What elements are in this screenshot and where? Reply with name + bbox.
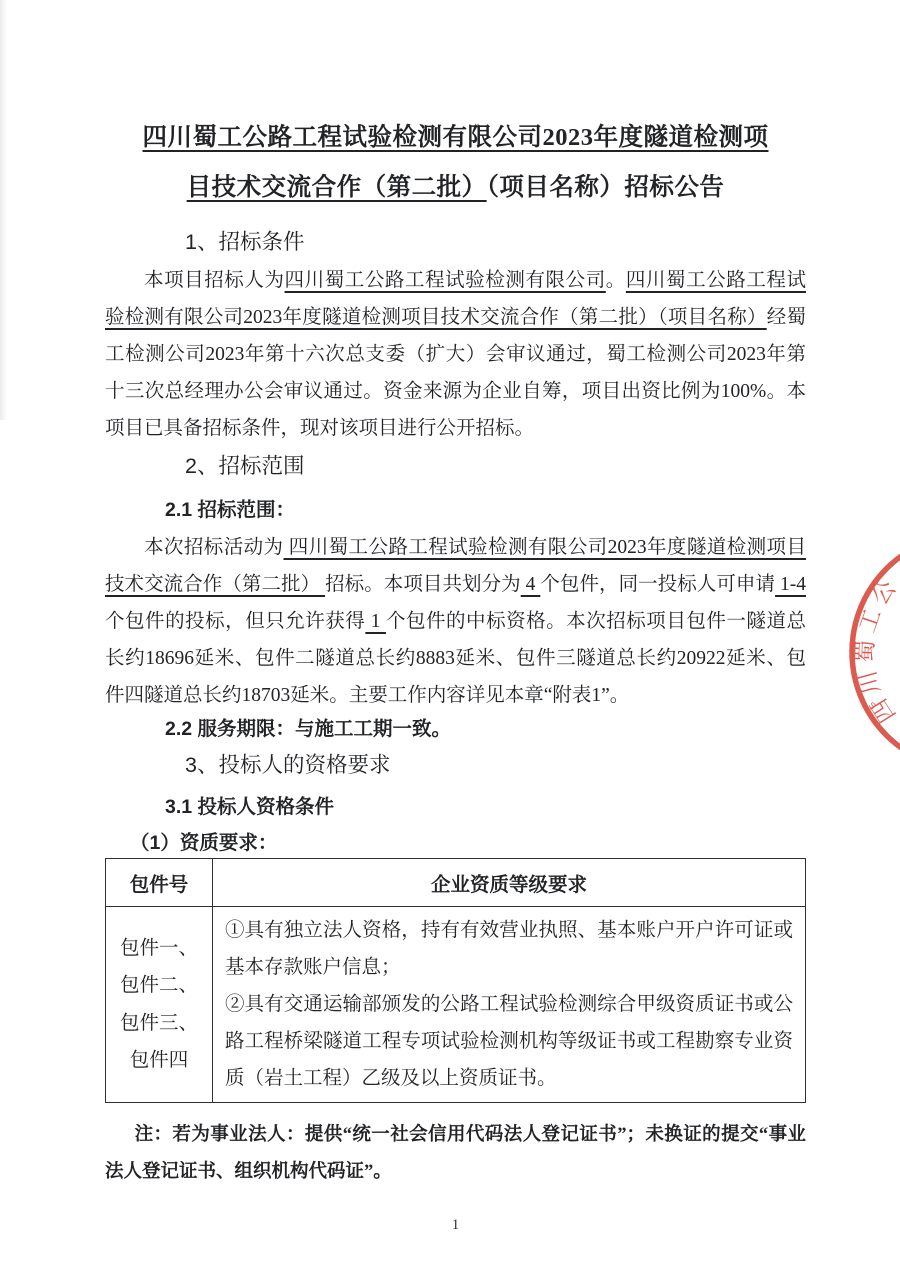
title-line2-rest: （项目名称）招标公告 <box>487 174 725 201</box>
page-number: 1 <box>105 1215 806 1235</box>
section-3-heading: 3、投标人的资格要求 <box>185 748 806 782</box>
requirement-item-1: ①具有独立法人资格，持有有效营业执照、基本账户开户许可证或基本存款账户信息； <box>225 912 793 986</box>
paragraph-bid-conditions: 本项目招标人为四川蜀工公路工程试验检测有限公司。四川蜀工公路工程试验检测有限公司… <box>105 262 806 447</box>
section-2-heading: 2、招标范围 <box>185 449 806 483</box>
seal-arc-text: 四川蜀工公 <box>852 571 900 728</box>
company-seal-stamp: 四川蜀工公 S <box>845 527 900 777</box>
document-page: 四川蜀工公路工程试验检测有限公司2023年度隧道检测项 目技术交流合作（第二批）… <box>0 0 900 1273</box>
section-3-1-heading: 3.1 投标人资格条件 <box>165 792 806 822</box>
title-line2-underlined: 目技术交流合作（第二批） <box>187 174 487 201</box>
cell-requirements: ①具有独立法人资格，持有有效营业执照、基本账户开户许可证或基本存款账户信息； ②… <box>213 907 806 1103</box>
cell-package-list: 包件一、 包件二、 包件三、 包件四 <box>106 907 213 1103</box>
p2-seg4: 个包件，同一投标人可申请 <box>540 574 775 595</box>
title-line-1: 四川蜀工公路工程试验检测有限公司2023年度隧道检测项 <box>105 113 806 163</box>
requirement-item-2: ②具有交通运输部颁发的公路工程试验检测综合甲级资质证书或公路工程桥梁隧道工程专项… <box>225 986 793 1097</box>
header-package-number: 包件号 <box>106 859 213 907</box>
p2-apply-range-underlined: 1-4 <box>775 574 806 595</box>
document-title: 四川蜀工公路工程试验检测有限公司2023年度隧道检测项 目技术交流合作（第二批）… <box>105 113 806 213</box>
paragraph-bid-scope: 本次招标活动为 四川蜀工公路工程试验检测有限公司2023年度隧道检测项目技术交流… <box>105 529 806 714</box>
qualification-table-body: 包件一、 包件二、 包件三、 包件四 ①具有独立法人资格，持有有效营业执照、基本… <box>106 907 806 1103</box>
seal-svg: 四川蜀工公 S <box>845 527 900 777</box>
seal-code-text: S <box>867 700 878 712</box>
title-line1-underlined: 四川蜀工公路工程试验检测有限公司2023年度隧道检测项 <box>143 124 769 151</box>
qualification-table: 包件号 企业资质等级要求 包件一、 包件二、 包件三、 包件四 ①具有独立法人资… <box>105 858 806 1103</box>
p2-package-count-underlined: 4 <box>521 574 541 595</box>
section-1-heading: 1、招标条件 <box>185 225 806 259</box>
header-qualification-requirement: 企业资质等级要求 <box>213 859 806 907</box>
p2-win-limit-underlined: 1 <box>365 611 386 632</box>
seal-ring <box>852 534 900 770</box>
p1-seg0: 本项目招标人为 <box>144 270 285 291</box>
qualification-table-header: 包件号 企业资质等级要求 <box>106 859 806 907</box>
scan-edge-shadow <box>0 0 7 420</box>
p2-seg6: 个包件的投标，但只允许获得 <box>105 611 365 632</box>
p2-seg2: 招标。本项目共划分为 <box>325 574 521 595</box>
section-2-1-heading: 2.1 招标范围： <box>165 495 806 525</box>
p1-bidder-name-underlined: 四川蜀工公路工程试验检测有限公司 <box>285 270 606 291</box>
note-text: 注：若为事业法人：提供“统一社会信用代码法人登记证书”；未换证的提交“事业法人登… <box>105 1117 806 1191</box>
title-line-2: 目技术交流合作（第二批）（项目名称）招标公告 <box>105 163 806 213</box>
table-header-row: 包件号 企业资质等级要求 <box>106 859 806 907</box>
p1-seg2: 。 <box>606 270 626 291</box>
table-row: 包件一、 包件二、 包件三、 包件四 ①具有独立法人资格，持有有效营业执照、基本… <box>106 907 806 1103</box>
p2-seg0: 本次招标活动为 <box>144 537 283 558</box>
qualification-label: （1）资质要求： <box>130 828 806 858</box>
section-2-2-heading: 2.2 服务期限：与施工工期一致。 <box>165 714 806 744</box>
